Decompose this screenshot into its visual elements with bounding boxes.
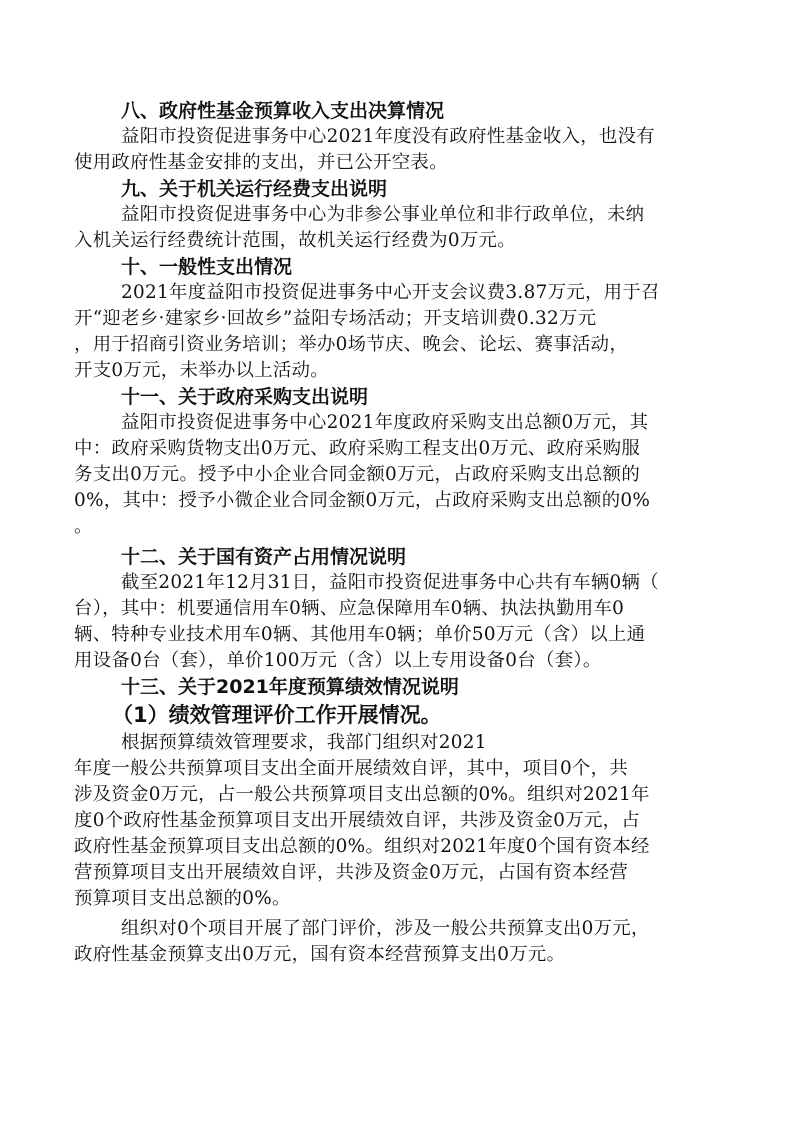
paragraph-line: 台），其中：机要通信用车0辆、应急保障用车0辆、执法执勤用车0 (74, 596, 714, 622)
paragraph-line: 开支0万元，未举办以上活动。 (74, 358, 714, 384)
paragraph-line: ，用于招商引资业务培训；举办0场节庆、晚会、论坛、赛事活动， (74, 332, 714, 358)
paragraph-line: 务支出0万元。授予中小企业合同金额0万元，占政府采购支出总额的 (74, 462, 714, 488)
paragraph-line: 益阳市投资促进事务中心为非参公事业单位和非行政单位，未纳 (74, 202, 714, 228)
paragraph-line: 截至2021年12月31日，益阳市投资促进事务中心共有车辆0辆（ (74, 570, 714, 596)
subsection-heading: （1）绩效管理评价工作开展情况。 (74, 700, 714, 730)
paragraph-line: 益阳市投资促进事务中心2021年度没有政府性基金收入，也没有 (74, 124, 714, 150)
paragraph-line: 。 (74, 514, 714, 540)
section-heading: 九、关于机关运行经费支出说明 (74, 176, 714, 202)
paragraph-line: 0%，其中：授予小微企业合同金额0万元，占政府采购支出总额的0% (74, 488, 714, 514)
paragraph-line: 中：政府采购货物支出0万元、政府采购工程支出0万元、政府采购服 (74, 436, 714, 462)
paragraph-line: 营预算项目支出开展绩效自评，共涉及资金0万元，占国有资本经营 (74, 860, 714, 886)
paragraph-line: 入机关运行经费统计范围，故机关运行经费为0万元。 (74, 228, 714, 254)
section-heading: 十、一般性支出情况 (74, 254, 714, 280)
section-heading: 十三、关于2021年度预算绩效情况说明 (74, 674, 714, 700)
paragraph-line: 根据预算绩效管理要求，我部门组织对2021 (74, 730, 714, 756)
paragraph-line: 辆、特种专业技术用车0辆、其他用车0辆；单价50万元（含）以上通 (74, 622, 714, 648)
paragraph-line: 组织对0个项目开展了部门评价，涉及一般公共预算支出0万元， (74, 916, 714, 942)
paragraph-line: 用设备0台（套），单价100万元（含）以上专用设备0台（套）。 (74, 648, 714, 674)
paragraph-line: 涉及资金0万元，占一般公共预算项目支出总额的0%。组织对2021年 (74, 782, 714, 808)
paragraph-line: 年度一般公共预算项目支出全面开展绩效自评，其中，项目0个，共 (74, 756, 714, 782)
paragraph-line: 2021年度益阳市投资促进事务中心开支会议费3.87万元，用于召 (74, 280, 714, 306)
section-heading: 十二、关于国有资产占用情况说明 (74, 544, 714, 570)
paragraph-line: 益阳市投资促进事务中心2021年度政府采购支出总额0万元，其 (74, 410, 714, 436)
document-page: 八、政府性基金预算收入支出决算情况 益阳市投资促进事务中心2021年度没有政府性… (74, 98, 714, 968)
paragraph-line: 政府性基金预算支出0万元，国有资本经营预算支出0万元。 (74, 942, 714, 968)
section-heading: 八、政府性基金预算收入支出决算情况 (74, 98, 714, 124)
paragraph-line: 使用政府性基金安排的支出，并已公开空表。 (74, 150, 714, 176)
paragraph-line: 预算项目支出总额的0%。 (74, 886, 714, 912)
paragraph-line: 政府性基金预算项目支出总额的0%。组织对2021年度0个国有资本经 (74, 834, 714, 860)
paragraph-line: 开“迎老乡·建家乡·回故乡”益阳专场活动；开支培训费0.32万元 (74, 306, 714, 332)
paragraph-line: 度0个政府性基金预算项目支出开展绩效自评，共涉及资金0万元，占 (74, 808, 714, 834)
section-heading: 十一、关于政府采购支出说明 (74, 384, 714, 410)
